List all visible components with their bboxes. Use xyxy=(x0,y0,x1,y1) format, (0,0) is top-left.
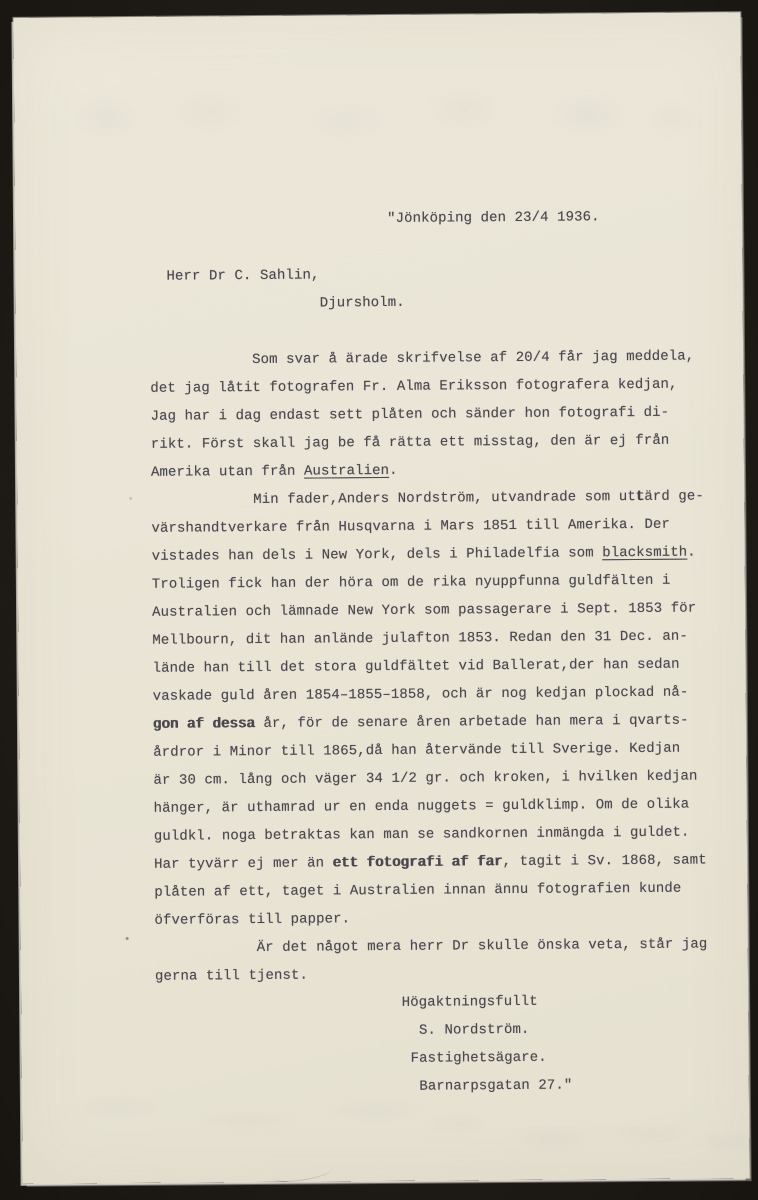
letter-line: öfverföras till papper. xyxy=(154,902,724,934)
letter-line-text: Min fader,Anders Nordström, utvandrade s… xyxy=(151,489,636,509)
underlined-text: Australien xyxy=(304,463,389,480)
letter-line: Australien och lämnade New York som pass… xyxy=(152,594,722,626)
letter-line-text: Herr Dr C. Sahlin, xyxy=(149,267,319,284)
letter-paper: "Jönköping den 23/4 1936. Herr Dr C. Sah… xyxy=(13,12,749,1184)
letter-line: Jag har i dag endast sett plåten och sän… xyxy=(150,398,720,430)
letter-line-text: Australien och lämnade New York som pass… xyxy=(152,601,696,621)
underlined-text: blacksmith xyxy=(602,545,687,562)
letter-line: Har tyvärr ej mer än ett fotografi af fa… xyxy=(154,846,724,878)
letter-line: Min fader,Anders Nordström, utvandrade s… xyxy=(151,482,721,514)
letter-line-text: årdror i Minor till 1865,då han återvänd… xyxy=(153,741,680,761)
letter-line: Barnarpsgatan 27." xyxy=(156,1070,726,1102)
letter-line-text: Djursholm. xyxy=(150,295,405,313)
letter-line-text: guldkl. noga betraktas kan man se sandko… xyxy=(154,825,690,845)
letter-line-text: hänger, är uthamrad ur en enda nuggets =… xyxy=(154,797,690,817)
letter-line: rikt. Först skall jag be få rätta ett mi… xyxy=(151,426,721,458)
letter-line-text: Troligen fick han der höra om de rika ny… xyxy=(152,573,671,593)
letter-line-text: värshandtverkare från Husqvarna i Mars 1… xyxy=(151,517,670,537)
letter-line-text: plåten af ett, taget i Australien innan … xyxy=(154,881,681,901)
letter-line: S. Nordström. xyxy=(155,1014,725,1046)
letter-line-text: "Jönköping den 23/4 1936. xyxy=(149,209,600,229)
letter-line-text: är 30 cm. lång och väger 34 1/2 gr. och … xyxy=(153,769,697,789)
letter-line-text: Som svar å ärade skrifvelse af 20/4 får … xyxy=(150,349,694,369)
letter-line-text: vaskade guld åren 1854–1855–1858, och är… xyxy=(153,685,689,705)
letter-line: hänger, är uthamrad ur en enda nuggets =… xyxy=(154,790,724,822)
letter-line-text: vistades han dels i New York, dels i Phi… xyxy=(152,545,603,565)
double-struck-text: ett fotografi af far xyxy=(333,854,503,871)
letter-line-text: . xyxy=(389,463,398,479)
letter-line-text: Jag har i dag endast sett plåten och sän… xyxy=(151,405,670,425)
letter-line: lände han till det stora guldfältet vid … xyxy=(152,650,722,682)
letter-line-text: det jag låtit fotografen Fr. Alma Erikss… xyxy=(150,377,677,397)
letter-line: gon af dessa år, för de senare åren arbe… xyxy=(153,706,723,738)
letter-line-text: , tagit i Sv. 1868, samt xyxy=(503,852,707,870)
letter-line-text: . xyxy=(687,545,696,561)
letter-line: Troligen fick han der höra om de rika ny… xyxy=(152,566,722,598)
letter-line: Mellbourn, dit han anlände julafton 1853… xyxy=(152,622,722,654)
letter-line-text: Barnarpsgatan 27." xyxy=(156,1078,573,1097)
letter-line: Amerika utan från Australien. xyxy=(151,454,721,486)
ink-speck xyxy=(126,937,129,940)
letter-line-text: Har tyvärr ej mer än xyxy=(154,855,333,872)
letter-line-text: Amerika utan från xyxy=(151,464,304,481)
letter-line-text: S. Nordström. xyxy=(155,1022,529,1041)
letter-line: vistades han dels i New York, dels i Phi… xyxy=(152,538,722,570)
letter-line: är 30 cm. lång och väger 34 1/2 gr. och … xyxy=(153,762,723,794)
letter-line: det jag låtit fotografen Fr. Alma Erikss… xyxy=(150,370,720,402)
double-struck-text: gon af dessa xyxy=(153,716,255,733)
letter-line xyxy=(149,230,719,262)
letter-line: Djursholm. xyxy=(150,286,720,318)
letter-line: Högaktningsfullt xyxy=(155,986,725,1018)
letter-line: Fastighetsägare. xyxy=(156,1042,726,1074)
letter-line-text: öfverföras till papper. xyxy=(154,911,350,929)
letter-line: vaskade guld åren 1854–1855–1858, och är… xyxy=(153,678,723,710)
scan-background: "Jönköping den 23/4 1936. Herr Dr C. Sah… xyxy=(0,0,758,1200)
double-struck-text: t xyxy=(636,489,645,505)
letter-line: värshandtverkare från Husqvarna i Mars 1… xyxy=(151,510,721,542)
letter-line-text: lände han till det stora guldfältet vid … xyxy=(152,657,679,677)
bleed-through-ghost-bottom-right xyxy=(502,1097,753,1179)
letter-line: gerna till tjenst. xyxy=(155,958,725,990)
letter-line: Är det något mera herr Dr skulle önska v… xyxy=(155,930,725,962)
letter-line-text: gerna till tjenst. xyxy=(155,968,308,985)
letter-line-text: Högaktningsfullt xyxy=(155,994,538,1013)
letter-line-text: ärd ge- xyxy=(644,488,704,504)
letter-line: Herr Dr C. Sahlin, xyxy=(149,258,719,290)
letter-line: plåten af ett, taget i Australien innan … xyxy=(154,874,724,906)
letter-line-text: rikt. Först skall jag be få rätta ett mi… xyxy=(151,433,670,453)
letter-line-text: Mellbourn, dit han anlände julafton 1853… xyxy=(152,629,688,649)
paper-scratch xyxy=(272,1162,333,1184)
letter-line: Som svar å ärade skrifvelse af 20/4 får … xyxy=(150,342,720,374)
letter-line xyxy=(150,314,720,346)
letter-line-text: Fastighetsägare. xyxy=(156,1050,547,1069)
typewritten-letter-body: "Jönköping den 23/4 1936. Herr Dr C. Sah… xyxy=(149,202,726,1102)
bleed-through-ghost-top xyxy=(54,60,705,170)
letter-line: guldkl. noga betraktas kan man se sandko… xyxy=(154,818,724,850)
ink-speck xyxy=(129,497,132,500)
letter-line-text: Är det något mera herr Dr skulle önska v… xyxy=(155,936,708,956)
letter-line-text: år, för de senare åren arbetade han mera… xyxy=(255,713,689,732)
letter-line: årdror i Minor till 1865,då han återvänd… xyxy=(153,734,723,766)
letter-line: "Jönköping den 23/4 1936. xyxy=(149,202,719,234)
